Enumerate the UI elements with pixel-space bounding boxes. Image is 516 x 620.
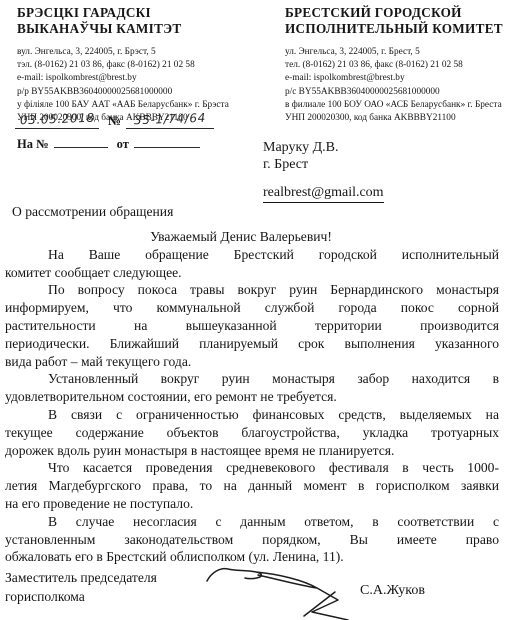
number-sign-label: № [108,113,121,128]
addressee-email: realbrest@gmail.com [263,184,384,203]
body-paragraph: В связи с ограниченностью финансовых сре… [5,406,499,459]
letter-body: Уважаемый Денис Валерьевич! На Ваше обра… [5,228,499,566]
body-paragraph: В случае несогласия с данным ответом, в … [5,513,499,566]
body-line: установленным законодательством порядком… [5,531,499,549]
org-detail-line: тел. (8-0162) 21 03 86, факс (8-0162) 21… [285,59,513,72]
org-detail-line: р/р BY55AKBB36040000025681000000 [17,86,261,99]
header-left: БРЭСЦКІ ГАРАДСКІ ВЫКАНАЎЧЫ КАМІТЭТ вул. … [17,5,261,125]
body-line: В связи с ограниченностью финансовых сре… [5,406,499,424]
org-detail-line: e-mail: ispolkombrest@brest.by [17,72,261,85]
body-line: Установленный вокруг руин монастыря забо… [5,370,499,388]
handwritten-number: 35-1/74/64 [134,111,206,127]
na-number-blank [54,136,108,148]
subject-line: О рассмотрении обращения [12,204,173,220]
body-line: периодически. Ближайший планируемый срок… [5,335,499,353]
org-detail-line: р/с BY55AKBB36040000025681000000 [285,86,513,99]
body-line: На Ваше обращение Брестский городской ис… [5,246,499,264]
org-name-line: ИСПОЛНИТЕЛЬНЫЙ КОМИТЕТ [285,21,513,37]
body-line: В случае несогласия с данным ответом, в … [5,513,499,531]
org-name-line: БРЕСТСКИЙ ГОРОДСКОЙ [285,5,513,21]
body-line: удовлетворительном состоянии, его ремонт… [5,388,499,406]
body-line: на его проведение не поступало. [5,495,499,513]
body-line: информируем, что коммунальной службой го… [5,299,499,317]
org-detail-line: в филиале 100 БОУ ОАО «АСБ Беларусбанк» … [285,99,513,112]
org-detail-line: УНП 200020300, код банка AKBBBY21100 [285,112,513,125]
outgoing-number-field: 35-1/74/64 [126,111,214,129]
org-name-line: ВЫКАНАЎЧЫ КАМІТЭТ [17,21,261,37]
date-field: 03.05.2018 [15,111,99,129]
org-detail-line: e-mail: ispolkombrest@brest.by [285,72,513,85]
body-line: дорожек вдоль руин монастыря в настоящее… [5,442,499,460]
paragraphs-container: На Ваше обращение Брестский городской ис… [5,246,499,566]
reference-row: 03.05.2018№35-1/74/64 [15,111,214,129]
incoming-reference-row: На №от [17,136,200,152]
org-details-russian: ул. Энгельса, 3, 224005, г. Брест, 5тел.… [285,46,513,125]
header-right: БРЕСТСКИЙ ГОРОДСКОЙ ИСПОЛНИТЕЛЬНЫЙ КОМИТ… [285,5,513,125]
addressee-city: г. Брест [263,156,384,173]
signer-title-line: Заместитель председателя [5,569,157,588]
addressee-name: Маруку Д.В. [263,139,384,156]
body-line: По вопросу покоса травы вокруг руин Берн… [5,281,499,299]
body-line: Что касается проведения средневекового ф… [5,459,499,477]
body-paragraph: Что касается проведения средневекового ф… [5,459,499,512]
body-paragraph: По вопросу покоса травы вокруг руин Берн… [5,281,499,370]
ot-label: от [117,137,129,151]
signer-name: С.А.Жуков [360,583,425,599]
org-detail-line: вул. Энгельса, 3, 224005, г. Брэст, 5 [17,46,261,59]
org-detail-line: ул. Энгельса, 3, 224005, г. Брест, 5 [285,46,513,59]
signer-title-line: горисполкома [5,588,157,607]
handwritten-date: 03.05.2018 [19,111,94,128]
org-detail-line: тэл. (8-0162) 21 03 86, факс (8-0162) 21… [17,59,261,72]
signature-scribble [200,563,352,620]
signer-title: Заместитель председателя горисполкома [5,569,157,606]
body-line: летия Магдебургского права, то на данный… [5,477,499,495]
na-number-label: На № [17,137,49,151]
letter-document: БРЭСЦКІ ГАРАДСКІ ВЫКАНАЎЧЫ КАМІТЭТ вул. … [0,0,516,620]
org-name-belarusian: БРЭСЦКІ ГАРАДСКІ ВЫКАНАЎЧЫ КАМІТЭТ [17,5,261,36]
salutation: Уважаемый Денис Валерьевич! [5,228,477,246]
body-line: вида работ – май текущего года. [5,353,499,371]
body-line: комитет сообщает следующее. [5,264,499,282]
org-name-russian: БРЕСТСКИЙ ГОРОДСКОЙ ИСПОЛНИТЕЛЬНЫЙ КОМИТ… [285,5,513,36]
ot-date-blank [134,136,200,148]
body-paragraph: Установленный вокруг руин монастыря забо… [5,370,499,406]
org-name-line: БРЭСЦКІ ГАРАДСКІ [17,5,261,21]
body-line: растительности на вышеуказанной территор… [5,317,499,335]
body-line: текущее содержание объектов благоустройс… [5,424,499,442]
addressee-block: Маруку Д.В. г. Брест realbrest@gmail.com [263,139,384,203]
body-paragraph: На Ваше обращение Брестский городской ис… [5,246,499,282]
